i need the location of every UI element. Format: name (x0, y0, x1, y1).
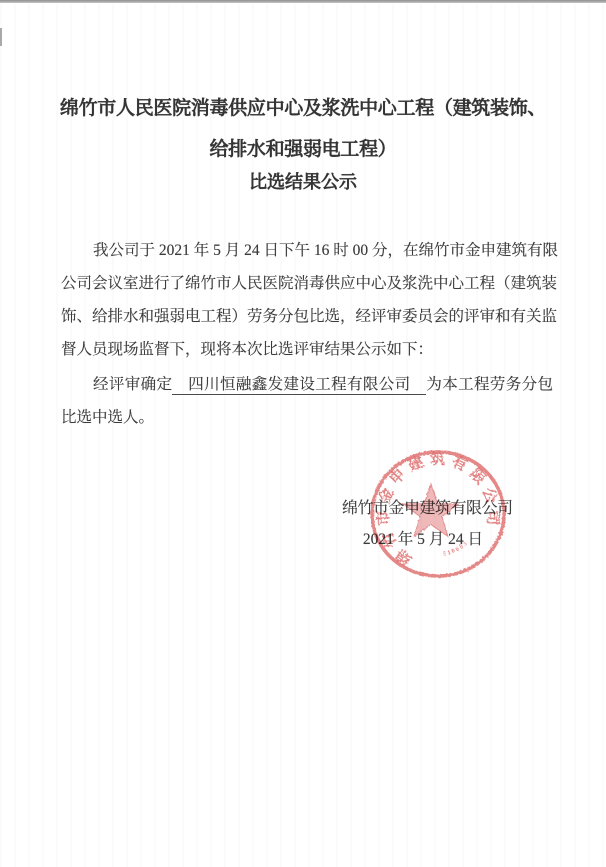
seal-registration-number: 510683 (442, 539, 469, 557)
paragraph2-suffix: 为本工程劳务分包 (426, 376, 553, 393)
paragraph2-prefix: 经评审确定 (93, 376, 172, 393)
paragraph1-line4: 督人员现场监督下，现将本次比选评审结果公示如下： (61, 333, 553, 366)
document-subtitle: 比选结果公示 (0, 169, 606, 196)
scan-top-edge-artifact (0, 0, 606, 3)
winner-company-name: 四川恒融鑫发建设工程有限公司 (172, 376, 426, 395)
scan-left-edge-artifact (0, 28, 2, 46)
paragraph1-line1: 我公司于 2021 年 5 月 24 日下午 16 时 00 分，在绵竹市金申建… (61, 234, 553, 267)
paragraph2-line2: 比选中选人。 (61, 401, 553, 434)
paragraph2-line1: 经评审确定 四川恒融鑫发建设工程有限公司 为本工程劳务分包 (61, 368, 553, 401)
seal-number-container: 510683 (442, 539, 469, 557)
document-title-line2: 给排水和强弱电工程） (0, 129, 606, 170)
scanned-document-page: 绵竹市人民医院消毒供应中心及浆洗中心工程（建筑装饰、 给排水和强弱电工程） 比选… (0, 0, 606, 867)
seal-star-icon (403, 484, 458, 537)
paragraph1-line2: 公司会议室进行了绵竹市人民医院消毒供应中心及浆洗中心工程（建筑装 (61, 267, 553, 300)
document-title: 绵竹市人民医院消毒供应中心及浆洗中心工程（建筑装饰、 给排水和强弱电工程） (0, 88, 606, 170)
paragraph1-line3: 饰、给排水和强弱电工程）劳务分包比选，经评审委员会的评审和有关监 (61, 300, 553, 333)
document-title-line1: 绵竹市人民医院消毒供应中心及浆洗中心工程（建筑装饰、 (0, 88, 606, 129)
company-seal-stamp: 绵竹市金申建筑有限公司 510683 (366, 444, 510, 584)
document-body: 我公司于 2021 年 5 月 24 日下午 16 时 00 分，在绵竹市金申建… (61, 234, 553, 434)
